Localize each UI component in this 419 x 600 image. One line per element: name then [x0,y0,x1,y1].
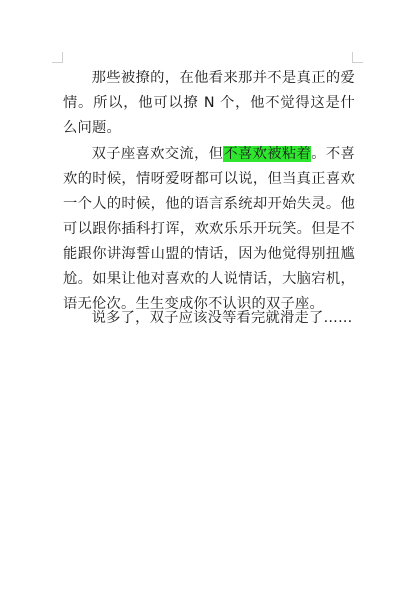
paragraph-1: 那些被撩的，在他看来那并不是真正的爱情。所以，他可以撩 N 个，他不觉得这是什么… [63,66,355,141]
paragraph-1-container: 那些被撩的，在他看来那并不是真正的爱情。所以，他可以撩 N 个，他不觉得这是什么… [63,66,355,141]
margin-corner-mark-top-left [52,52,63,63]
paragraph-3: 说多了，双子应该没等看完就滑走了…… [63,306,355,331]
highlighted-text: 不喜欢被粘着 [223,146,311,162]
paragraph-2-container: 双子座喜欢交流，但不喜欢被粘着。不喜欢的时候，情呀爱呀都可以说，但当真正喜欢一个… [63,142,355,317]
paragraph-2-before-highlight: 双子座喜欢交流，但 [92,146,224,162]
paragraph-3-container: 说多了，双子应该没等看完就滑走了…… [63,306,355,331]
paragraph-2: 双子座喜欢交流，但不喜欢被粘着。不喜欢的时候，情呀爱呀都可以说，但当真正喜欢一个… [63,142,355,317]
document-page: 那些被撩的，在他看来那并不是真正的爱情。所以，他可以撩 N 个，他不觉得这是什么… [0,0,419,600]
margin-corner-mark-top-right [352,52,363,63]
paragraph-2-after-highlight: 。不喜欢的时候，情呀爱呀都可以说，但当真正喜欢一个人的时候，他的语言系统却开始失… [63,146,355,312]
